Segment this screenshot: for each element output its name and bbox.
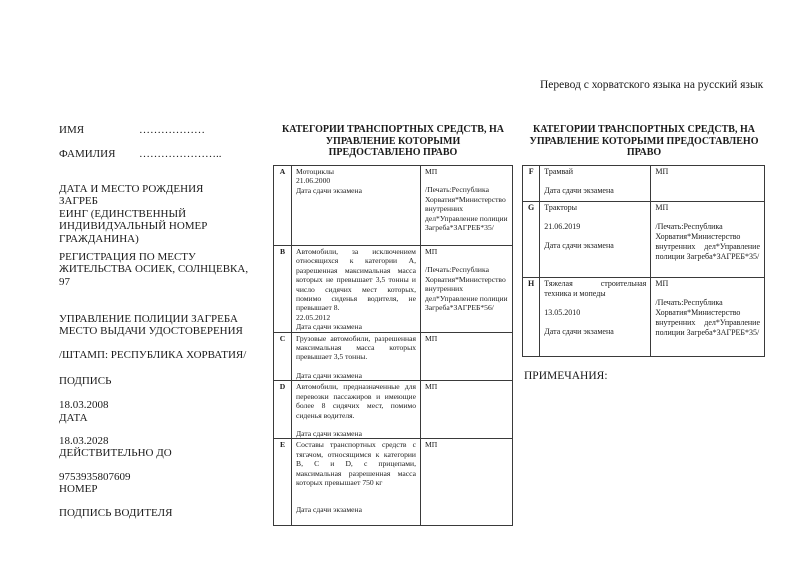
category-description: Грузовые автомобили, разрешенная максима… (292, 332, 421, 381)
seal-cell: МП /Печать:Республика Хорватия*Министерс… (421, 246, 513, 333)
exam-date: 21.06.2019 (544, 222, 646, 232)
table-row: C Грузовые автомобили, разрешенная макси… (274, 332, 513, 381)
surname-label: ФАМИЛИЯ (59, 148, 139, 160)
name-value: ……………… (139, 124, 205, 136)
name-row: ИМЯ ……………… (59, 124, 205, 136)
exam-date: 22.05.2012 (296, 313, 416, 322)
exam-date-label: Дата сдачи экзамена (296, 186, 416, 195)
category-letter: H (523, 278, 540, 357)
seal-cell: МП (421, 381, 513, 439)
driver-signature-label: ПОДПИСЬ ВОДИТЕЛЯ (59, 507, 172, 519)
exam-date-label: Дата сдачи экзамена (296, 429, 416, 438)
table-row: A Мотоциклы 21.06.2000 Дата сдачи экзаме… (274, 166, 513, 246)
category-letter: E (274, 439, 292, 526)
valid-until-label: ДЕЙСТВИТЕЛЬНО ДО (59, 447, 172, 459)
seal-cell: МП (421, 332, 513, 381)
exam-date-label: Дата сдачи экзамена (544, 241, 646, 251)
remarks-label: ПРИМЕЧАНИЯ: (524, 370, 608, 382)
seal-label: МП (425, 334, 508, 343)
category-description: Тяжелая строительная техника и мопеды 13… (540, 278, 651, 357)
name-label: ИМЯ (59, 124, 139, 136)
category-description: Трамвай Дата сдачи экзамена (540, 166, 651, 202)
exam-date-label: Дата сдачи экзамена (544, 186, 646, 196)
seal-cell: МП (651, 166, 765, 202)
category-description: Составы транспортных средств с тягачом, … (292, 439, 421, 526)
category-letter: C (274, 332, 292, 381)
stamp-text: /ШТАМП: РЕСПУБЛИКА ХОРВАТИЯ/ (59, 349, 246, 361)
category-letter: B (274, 246, 292, 333)
stamp-text: /Печать:Республика Хорватия*Министерство… (425, 185, 508, 232)
translation-note: Перевод с хорватского языка на русский я… (540, 79, 763, 91)
seal-label: МП (655, 279, 760, 289)
table-row: D Автомобили, предназначенные для перево… (274, 381, 513, 439)
valid-until: 18.03.2028 (59, 435, 109, 447)
exam-date-label: Дата сдачи экзамена (296, 505, 416, 514)
exam-date: 13.05.2010 (544, 308, 646, 318)
table-row: H Тяжелая строительная техника и мопеды … (523, 278, 765, 357)
issue-date-label: ДАТА (59, 412, 88, 424)
residence-block: РЕГИСТРАЦИЯ ПО МЕСТУ ЖИТЕЛЬСТВА ОСИЕК, С… (59, 251, 248, 288)
exam-date-label: Дата сдачи экзамена (296, 322, 416, 331)
category-description: Тракторы 21.06.2019 Дата сдачи экзамена (540, 202, 651, 278)
seal-label: МП (655, 167, 760, 177)
stamp-text: /Печать:Республика Хорватия*Министерство… (655, 222, 760, 262)
seal-label: МП (425, 440, 508, 449)
seal-label: МП (425, 382, 508, 391)
category-letter: G (523, 202, 540, 278)
seal-label: МП (425, 247, 508, 256)
exam-date-label: Дата сдачи экзамена (544, 327, 646, 337)
seal-cell: МП (421, 439, 513, 526)
exam-date: 21.06.2000 (296, 176, 416, 185)
category-letter: F (523, 166, 540, 202)
signature-label: ПОДПИСЬ (59, 375, 111, 387)
license-number: 9753935807609 (59, 471, 131, 483)
issuer-block: УПРАВЛЕНИЕ ПОЛИЦИИ ЗАГРЕБА МЕСТО ВЫДАЧИ … (59, 313, 243, 338)
category-letter: D (274, 381, 292, 439)
category-letter: A (274, 166, 292, 246)
stamp-text: /Печать:Республика Хорватия*Министерство… (655, 298, 760, 338)
categories-table-right: F Трамвай Дата сдачи экзамена МП G Тракт… (522, 165, 765, 357)
table-row: F Трамвай Дата сдачи экзамена МП (523, 166, 765, 202)
license-number-label: НОМЕР (59, 483, 98, 495)
seal-cell: МП /Печать:Республика Хорватия*Министерс… (651, 278, 765, 357)
exam-date-label: Дата сдачи экзамена (296, 371, 416, 380)
stamp-text: /Печать:Республика Хорватия*Министерство… (425, 265, 508, 312)
categories-heading-left: КАТЕГОРИИ ТРАНСПОРТНЫХ СРЕДСТВ, НА УПРАВ… (281, 124, 505, 159)
category-description: Автомобили, за исключением относящихся к… (292, 246, 421, 333)
surname-row: ФАМИЛИЯ ………………….. (59, 148, 222, 160)
issue-date: 18.03.2008 (59, 399, 109, 411)
seal-label: МП (425, 167, 508, 176)
seal-cell: МП /Печать:Республика Хорватия*Министерс… (421, 166, 513, 246)
seal-label: МП (655, 203, 760, 213)
table-row: B Автомобили, за исключением относящихся… (274, 246, 513, 333)
category-description: Мотоциклы 21.06.2000 Дата сдачи экзамена (292, 166, 421, 246)
table-row: G Тракторы 21.06.2019 Дата сдачи экзамен… (523, 202, 765, 278)
table-row: E Составы транспортных средств с тягачом… (274, 439, 513, 526)
categories-table-left: A Мотоциклы 21.06.2000 Дата сдачи экзаме… (273, 165, 513, 526)
birth-block: ДАТА И МЕСТО РОЖДЕНИЯ ЗАГРЕБ ЕИНГ (ЕДИНС… (59, 183, 207, 245)
categories-heading-right: КАТЕГОРИИ ТРАНСПОРТНЫХ СРЕДСТВ, НА УПРАВ… (528, 124, 760, 159)
surname-value: ………………….. (139, 148, 222, 160)
seal-cell: МП /Печать:Республика Хорватия*Министерс… (651, 202, 765, 278)
category-description: Автомобили, предназначенные для перевозк… (292, 381, 421, 439)
